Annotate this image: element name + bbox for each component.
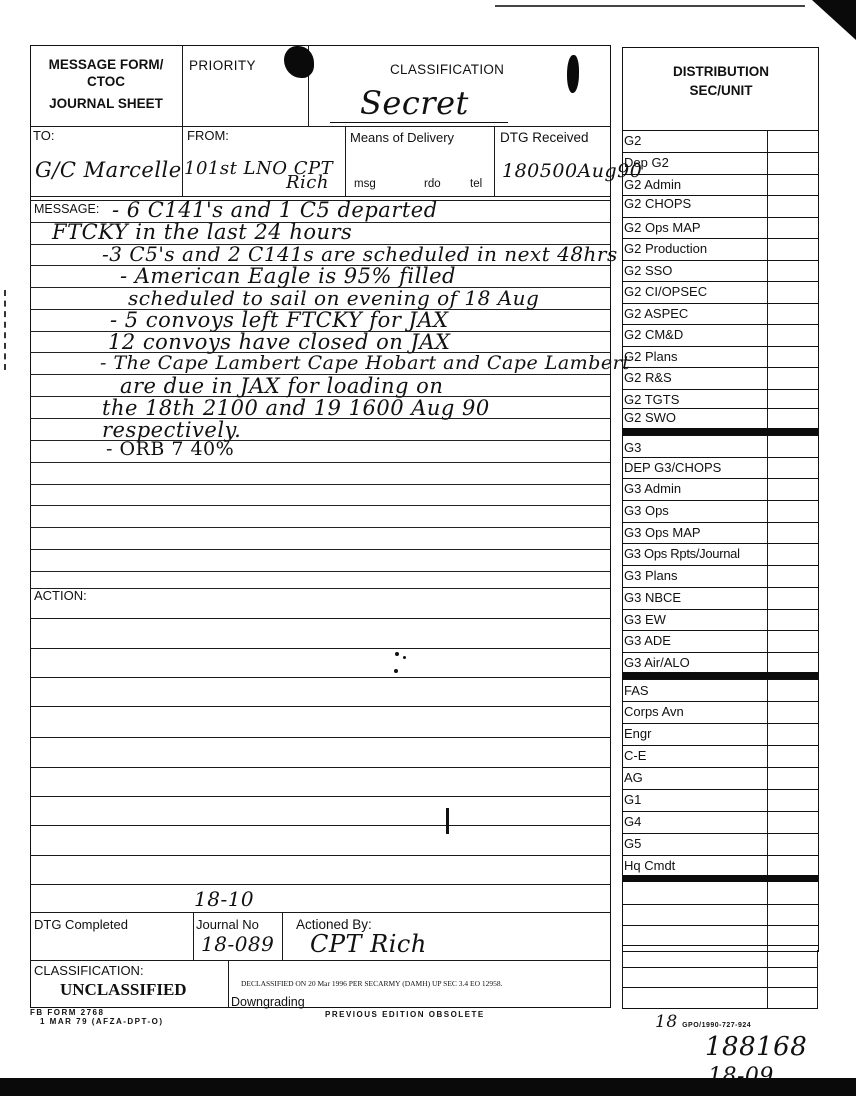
form-number: FB FORM 2768 [30,1008,104,1017]
speck [446,808,449,834]
previous-edition-note: PREVIOUS EDITION OBSOLETE [325,1010,485,1019]
handwritten-bottom-number: 188168 [705,1032,807,1062]
distribution-row[interactable]: G3 NBCE [622,587,818,609]
dtg-received-label: DTG Received [500,130,589,145]
message-line: - ORB 7 40% [106,438,234,460]
distribution-border [817,950,818,1009]
means-option-rdo[interactable]: rdo [424,178,441,190]
form-date: 1 MAR 79 (AFZA-DPT-O) [40,1017,164,1026]
distribution-row[interactable]: G2 Ops MAP [622,217,818,239]
distribution-row[interactable]: G2 Admin [622,174,818,196]
distribution-row-label: G2 Plans [624,349,677,364]
group-separator [622,428,818,435]
message-line: - 5 convoys left FTCKY for JAX [110,308,449,332]
gpo-handwritten-prefix: 18 [655,1012,678,1032]
group-separator [622,875,818,882]
distribution-row[interactable]: FAS [622,679,818,701]
group-separator [622,672,818,679]
distribution-row[interactable]: G2 Production [622,238,818,260]
message-line: scheduled to sail on evening of 18 Aug [128,286,539,310]
priority-label: PRIORITY [189,58,256,73]
distribution-row-label: Corps Avn [624,704,684,719]
classification-label: CLASSIFICATION [390,62,504,77]
distribution-row-label: G3 Ops [624,503,669,518]
distribution-row-label: G3 NBCE [624,590,681,605]
distribution-row-blank[interactable] [622,967,818,989]
distribution-row-label: FAS [624,683,649,698]
priority-field[interactable] [184,80,306,124]
distribution-row-label: Hq Cmdt [624,858,675,873]
distribution-row[interactable]: G2 Plans [622,346,818,368]
distribution-row-label: C-E [624,748,646,763]
message-line: - 6 C141's and 1 C5 departed [112,198,438,222]
distribution-row-label: G2 CHOPS [624,196,691,211]
distribution-row-blank[interactable] [622,882,818,904]
action-field[interactable] [30,604,610,884]
distribution-row[interactable]: G3 Ops MAP [622,522,818,544]
message-line: are due in JAX for loading on [120,374,443,398]
journal-ref-value: 18-10 [194,887,254,911]
action-label: ACTION: [34,588,87,603]
distribution-header: DISTRIBUTION SEC/UNIT [624,62,818,100]
form-title-line: JOURNAL SHEET [32,94,180,113]
message-line: 12 convoys have closed on JAX [108,330,450,354]
distribution-row-label: G3 EW [624,612,666,627]
divider [193,912,194,960]
actioned-by-field[interactable]: CPT Rich [284,934,609,959]
divider [282,912,283,960]
distribution-header-line: SEC/UNIT [624,81,818,100]
speck [394,669,398,673]
divider [182,45,183,196]
distribution-row[interactable]: G2 SSO [622,260,818,282]
distribution-row-label: G2 SSO [624,263,672,278]
scan-mark [4,290,8,370]
distribution-row-label: G5 [624,836,641,851]
distribution-row[interactable]: G3 Air/ALO [622,652,818,672]
classification-underline [330,122,508,123]
distribution-row[interactable]: C-E [622,745,818,767]
scan-corner [812,0,856,40]
dtg-completed-label: DTG Completed [34,917,128,932]
distribution-row-blank[interactable] [622,945,818,967]
means-option-tel[interactable]: tel [470,178,482,190]
bottom-classification-label: CLASSIFICATION: [34,963,144,978]
distribution-row[interactable]: G2 CI/OPSEC [622,281,818,303]
distribution-row-label: G3 Admin [624,481,681,496]
journal-no-label: Journal No [196,917,259,932]
distribution-border [622,950,623,1009]
distribution-row-blank[interactable] [622,904,818,926]
scan-edge [0,1078,856,1096]
distribution-row[interactable]: G2 CM&D [622,324,818,346]
distribution-row[interactable]: G2 SWO [622,408,818,428]
distribution-row[interactable]: AG [622,767,818,789]
distribution-row-label: G3 ADE [624,633,671,648]
distribution-row-label: G3 Ops MAP [624,525,701,540]
distribution-row[interactable]: G4 [622,811,818,833]
declassified-note: DECLASSIFIED ON 20 Mar 1996 PER SECARMY … [241,979,503,988]
distribution-row[interactable]: G3 [622,435,818,457]
distribution-row[interactable]: G2 [622,130,818,152]
distribution-divider [767,950,768,1009]
gpo-note: 18 GPO/1990-727-924 [655,1012,751,1032]
distribution-row-label: G4 [624,814,641,829]
distribution-row[interactable]: G3 Admin [622,478,818,500]
distribution-row[interactable]: G3 Ops Rpts/Journal [622,543,818,565]
divider [30,126,611,127]
to-label: TO: [33,128,54,143]
means-option-msg[interactable]: msg [354,178,376,190]
classification-field[interactable]: Secret [330,80,540,124]
distribution-row-label: Engr [624,726,651,741]
distribution-row[interactable]: G3 Ops [622,500,818,522]
distribution-row-label: G3 [624,440,641,455]
speck [395,652,399,656]
scan-edge-top [495,5,805,7]
message-line: FTCKY in the last 24 hours [52,220,352,244]
journal-no-value: 18-089 [201,932,274,956]
dtg-completed-field[interactable] [31,934,191,959]
distribution-row-label: G2 SWO [624,410,676,425]
divider [228,960,229,1008]
divider [30,960,611,961]
distribution-row-label: G2 R&S [624,370,672,385]
distribution-row-label: G2 CM&D [624,327,683,342]
downgrading-label: Downgrading [231,995,305,1009]
ink-blot [567,55,579,93]
actioned-by-value: CPT Rich [310,930,427,958]
to-field[interactable]: G/C Marcelle [31,146,181,194]
distribution-row-label: G3 Ops Rpts/Journal [624,546,740,561]
distribution-row[interactable]: Dep G2 [622,152,818,174]
to-value: G/C Marcelle [35,158,182,182]
form-title-line: MESSAGE FORM/ [32,55,180,74]
distribution-row-label: G2 Production [624,241,707,256]
from-field[interactable]: 101st LNO CPT Rich [184,146,344,194]
speck [403,656,406,659]
message-line: -3 C5's and 2 C141s are scheduled in nex… [102,242,618,266]
distribution-row-label: G2 CI/OPSEC [624,284,707,299]
journal-ref-field[interactable]: 18-10 [30,885,610,911]
distribution-row[interactable]: Hq Cmdt [622,855,818,875]
classification-value: Secret [360,84,469,122]
distribution-row[interactable]: G2 CHOPS [622,195,818,217]
distribution-row-label: Dep G2 [624,155,669,170]
from-label: FROM: [187,128,229,143]
divider [494,126,495,196]
message-body[interactable]: - 6 C141's and 1 C5 departed FTCKY in th… [30,200,610,588]
message-rule [30,588,610,589]
distribution-row-label: G2 TGTS [624,392,679,407]
message-line: - The Cape Lambert Cape Hobart and Cape … [100,352,630,374]
form-title-line: CTOC [32,74,180,90]
distribution-row[interactable]: G1 [622,789,818,811]
distribution-header-line: DISTRIBUTION [624,62,818,81]
distribution-row-label: DEP G3/CHOPS [624,460,721,475]
from-value-line2: Rich [286,172,329,193]
distribution-row[interactable]: G2 R&S [622,367,818,389]
distribution-row[interactable]: DEP G3/CHOPS [622,457,818,479]
journal-no-field[interactable]: 18-089 [195,934,281,959]
distribution-row-label: G2 Ops MAP [624,220,701,235]
distribution-row-label: G3 Air/ALO [624,655,690,670]
divider [30,912,611,913]
distribution-row[interactable]: G3 EW [622,609,818,631]
distribution-row[interactable]: G3 ADE [622,630,818,652]
means-of-delivery-label: Means of Delivery [350,130,454,145]
distribution-row[interactable]: G3 Plans [622,565,818,587]
distribution-row-label: G2 Admin [624,177,681,192]
distribution-row-blank[interactable] [622,925,818,945]
dtg-received-field[interactable]: 180500Aug90 [496,148,610,194]
distribution-row[interactable]: G2 ASPEC [622,303,818,325]
divider [30,196,611,197]
distribution-row[interactable]: Engr [622,723,818,745]
distribution-row[interactable]: Corps Avn [622,701,818,723]
bottom-classification-value: UNCLASSIFIED [60,980,187,1000]
gpo-text: GPO/1990-727-924 [682,1022,751,1029]
divider [345,126,346,196]
distribution-row-label: G3 Plans [624,568,677,583]
distribution-row-label: G1 [624,792,641,807]
message-line: - American Eagle is 95% filled [120,264,456,288]
distribution-row-blank[interactable] [622,987,818,1009]
message-line: the 18th 2100 and 19 1600 Aug 90 [102,396,490,420]
distribution-row[interactable]: G5 [622,833,818,855]
distribution-row-label: G2 [624,133,641,148]
distribution-row-label: G2 ASPEC [624,306,688,321]
distribution-row-label: AG [624,770,643,785]
form-title: MESSAGE FORM/ CTOC JOURNAL SHEET [32,55,180,113]
